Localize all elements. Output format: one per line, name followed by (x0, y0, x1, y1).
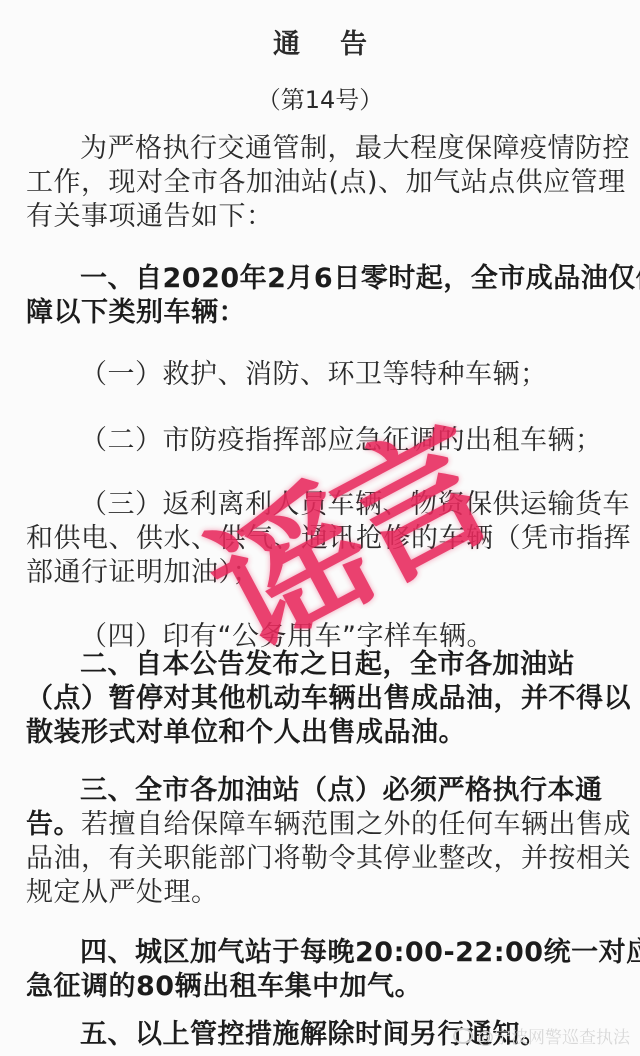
section-4-line: 急征调的80辆出租车集中加气。 (26, 970, 616, 1004)
watermark-text: @宁波网警巡查执法 (477, 1023, 630, 1048)
notice-number: （第14号） (0, 80, 640, 115)
section-2-line: 散装形式对单位和个人出售成品油。 (26, 716, 616, 750)
section-1-item: （一）救护、消防、环卫等特种车辆； (26, 358, 640, 392)
weibo-watermark: @宁波网警巡查执法 (453, 1023, 630, 1048)
section-3-fragment: 若擅自给保障车辆范围之外的任何车辆出售成 (81, 809, 631, 840)
intro-line: 有关事项通告如下： (26, 200, 616, 234)
section-3-line: 规定从严处理。 (26, 876, 616, 910)
section-1-line: 一、自2020年2月6日零时起，全市成品油仅保 (26, 262, 640, 296)
section-4-line: 四、城区加气站于每晚20:00-22:00统一对应 (26, 936, 640, 970)
section-1-line: 障以下类别车辆： (26, 296, 616, 330)
section-3-line: 品油，有关职能部门将勒令其停业整改，并按相关 (26, 842, 616, 876)
intro-line: 工作，现对全市各加油站(点)、加气站点供应管理 (26, 166, 616, 200)
section-3-bold-fragment: 告。 (26, 809, 81, 840)
weibo-icon (453, 1028, 473, 1044)
section-3-line: 告。若擅自给保障车辆范围之外的任何车辆出售成 (26, 808, 616, 842)
notice-title: 通告 (0, 22, 640, 61)
intro-line: 为严格执行交通管制，最大程度保障疫情防控 (26, 132, 640, 166)
section-3-line: 三、全市各加油站（点）必须严格执行本通 (26, 774, 640, 808)
